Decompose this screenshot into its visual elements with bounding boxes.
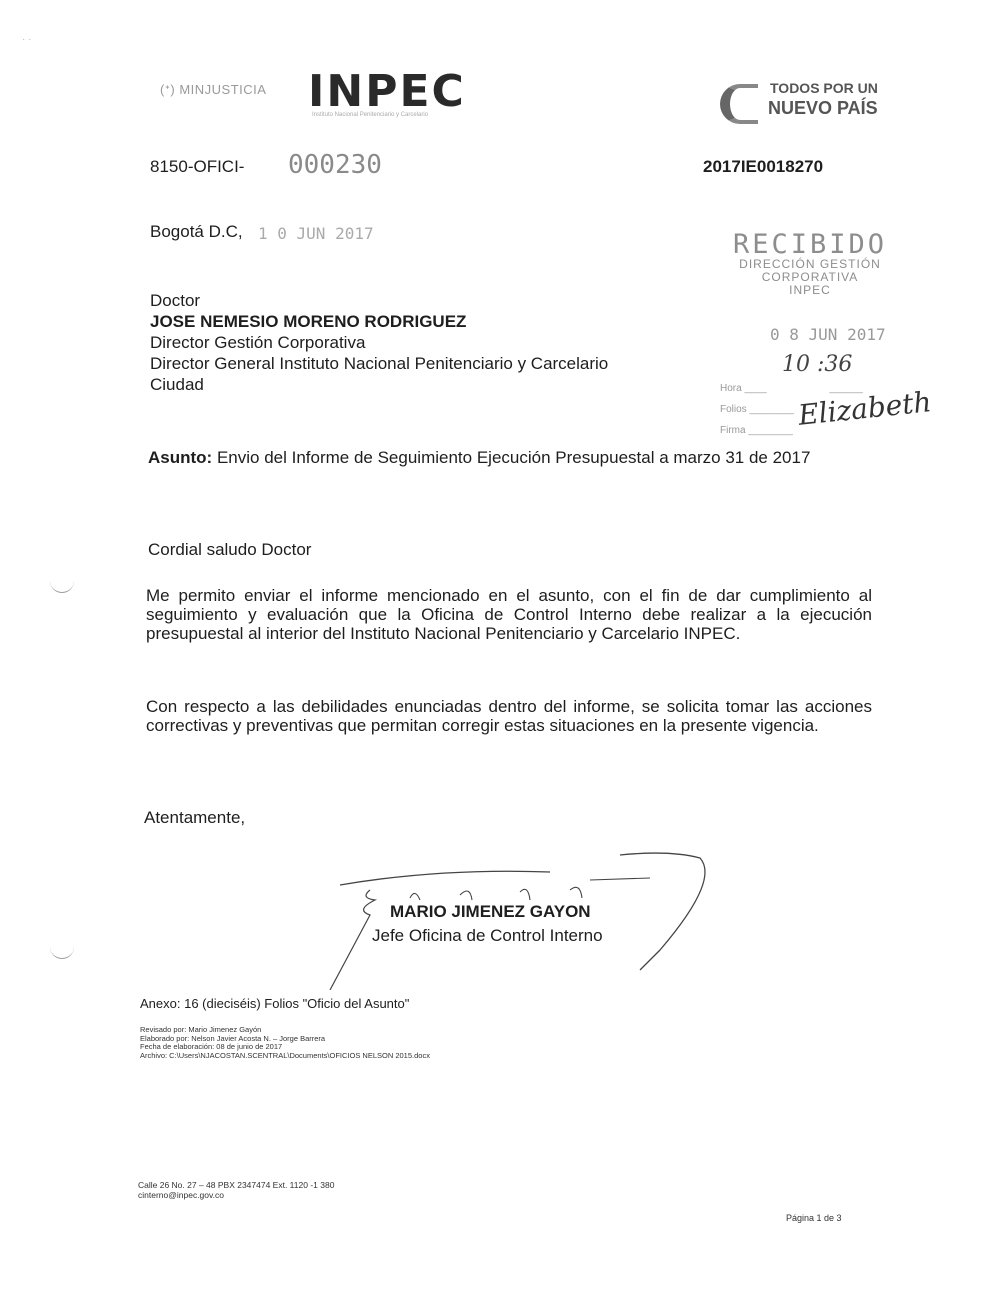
office-number: 000230 [288,150,382,180]
minjusticia-logo-text: MINJUSTICIA [179,82,266,97]
addressee-position2: Director General Instituto Nacional Peni… [150,353,608,374]
stamp-time: 10 :36 [782,352,852,377]
document-metadata: Revisado por: Mario Jimenez Gayón Elabor… [140,1026,430,1060]
government-logo: TODOS POR UN NUEVO PAÍS [720,80,880,130]
punch-hole-mark [50,944,74,959]
inpec-logo-subtitle: Instituto Nacional Penitenciario y Carce… [312,112,428,118]
greeting: Cordial saludo Doctor [148,540,311,560]
stamp-line3: INPEC [720,284,900,297]
date-stamp: 1 0 JUN 2017 [258,224,374,243]
addressee-block: Doctor JOSE NEMESIO MORENO RODRIGUEZ Dir… [150,290,608,395]
body-paragraph-2: Con respecto a las debilidades enunciada… [146,697,872,735]
signer-name: MARIO JIMENEZ GAYON [390,902,591,922]
flag-swoosh-icon [720,84,758,124]
footer-email: cinterno@inpec.gov.co [138,1190,334,1200]
radicado-number: 2017IE0018270 [703,157,823,177]
subject-label: Asunto: [148,448,212,467]
punch-hole-mark [50,578,74,593]
scan-speck: · · [22,34,31,45]
page-number: Página 1 de 3 [786,1213,842,1223]
addressee-city: Ciudad [150,374,608,395]
inpec-logo: INPEC [308,66,466,117]
meta-file: Archivo: C:\Users\NJACOSTAN.SCENTRAL\Doc… [140,1052,430,1061]
stamp-field-hora: Hora [720,383,742,394]
stamp-title: RECIBIDO [720,232,900,258]
footer-contact: Calle 26 No. 27 – 48 PBX 2347474 Ext. 11… [138,1180,334,1200]
addressee-position1: Director Gestión Corporativa [150,332,608,353]
minjusticia-logo: (ᐩ) MINJUSTICIA [160,82,266,98]
received-stamp: RECIBIDO DIRECCIÓN GESTIÓN CORPORATIVA I… [720,232,900,297]
stamp-field-firma: Firma [720,425,746,436]
addressee-name: JOSE NEMESIO MORENO RODRIGUEZ [150,311,608,332]
stamp-date: 0 8 JUN 2017 [770,325,886,344]
office-code: 8150-OFICI- [150,157,244,177]
footer-address: Calle 26 No. 27 – 48 PBX 2347474 Ext. 11… [138,1180,334,1190]
annex-line: Anexo: 16 (dieciséis) Folios "Oficio del… [140,996,409,1011]
slogan-line1: TODOS POR UN [770,80,878,96]
signer-title: Jefe Oficina de Control Interno [372,926,603,946]
city: Bogotá D.C, [150,222,243,242]
subject-text: Envio del Informe de Seguimiento Ejecuci… [217,448,810,467]
stamp-field-folios: Folios [720,404,747,415]
body-paragraph-1: Me permito enviar el informe mencionado … [146,586,872,643]
slogan-line2: NUEVO PAÍS [768,98,878,119]
subject-line: Asunto: Envio del Informe de Seguimiento… [148,448,878,467]
closing: Atentamente, [144,808,245,828]
addressee-salutation: Doctor [150,290,608,311]
